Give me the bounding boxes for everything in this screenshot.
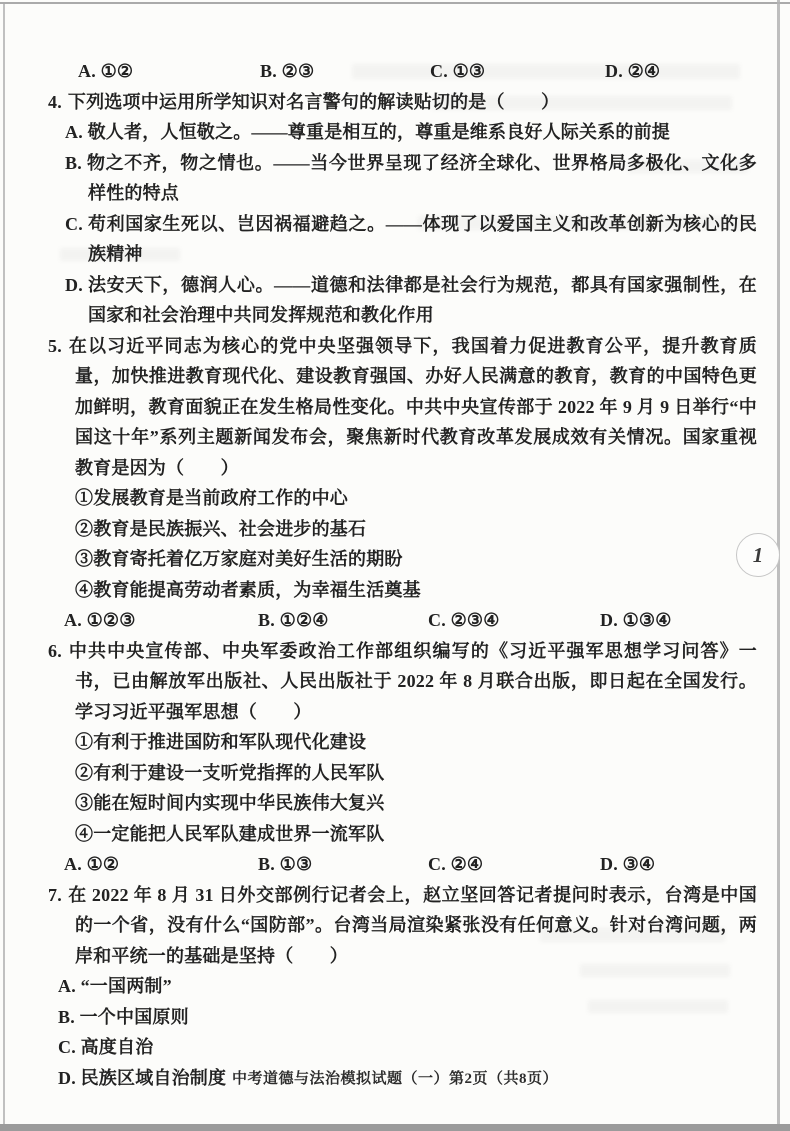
answer-row-previous-question: A. ①② B. ②③ C. ①③ D. ②④	[48, 56, 757, 87]
question-5-choices: A. ①②③ B. ①②④ C. ②③④ D. ①③④	[48, 605, 757, 636]
question-7-option-c: C. 高度自治	[48, 1032, 757, 1063]
choice-c: C. ②③④	[428, 605, 600, 636]
question-6-item-2: ②有利于建设一支听党指挥的人民军队	[48, 758, 757, 789]
question-6-item-3: ③能在短时间内实现中华民族伟大复兴	[48, 788, 757, 819]
question-number: 7.	[48, 885, 62, 905]
page-footer: 中考道德与法治模拟试题（一）第2页（共8页）	[0, 1068, 790, 1090]
question-5: 5.在以习近平同志为核心的党中央坚强领导下，我国着力促进教育公平，提升教育质量，…	[48, 331, 757, 636]
page-number-stamp-text: 1	[753, 543, 764, 568]
choice-b: B. ①③	[258, 849, 428, 880]
question-4-stem: 4.下列选项中运用所学知识对名言警句的解读贴切的是（ ）	[48, 87, 757, 118]
scan-edge-left	[3, 3, 5, 1124]
choice-d: D. ①③④	[600, 605, 757, 636]
question-stem-text: 中共中央宣传部、中央军委政治工作部组织编写的《习近平强军思想学习问答》一书，已由…	[68, 641, 757, 722]
question-7: 7.在 2022 年 8 月 31 日外交部例行记者会上，赵立坚回答记者提问时表…	[48, 880, 757, 1094]
question-5-item-2: ②教育是民族振兴、社会进步的基石	[48, 514, 757, 545]
choice-a: A. ①②	[78, 56, 260, 87]
question-6-choices: A. ①② B. ①③ C. ②④ D. ③④	[48, 849, 757, 880]
question-7-stem: 7.在 2022 年 8 月 31 日外交部例行记者会上，赵立坚回答记者提问时表…	[48, 880, 757, 972]
choice-c: C. ①③	[430, 56, 605, 87]
choice-c: C. ②④	[428, 849, 600, 880]
question-7-option-b: B. 一个中国原则	[48, 1002, 757, 1033]
question-4-option-d: D. 法安天下，德润人心。——道德和法律都是社会行为规范，都具有国家强制性，在国…	[48, 270, 757, 331]
question-number: 4.	[48, 92, 62, 112]
question-6-stem: 6.中共中央宣传部、中央军委政治工作部组织编写的《习近平强军思想学习问答》一书，…	[48, 636, 757, 728]
question-7-option-a: A. “一国两制”	[48, 971, 757, 1002]
page-number-stamp: 1	[736, 533, 780, 577]
question-4-option-a: A. 敬人者，人恒敬之。——尊重是相互的，尊重是维系良好人际关系的前提	[48, 117, 757, 148]
question-5-item-1: ①发展教育是当前政府工作的中心	[48, 483, 757, 514]
question-4-option-b: B. 物之不齐，物之情也。——当今世界呈现了经济全球化、世界格局多极化、文化多样…	[48, 148, 757, 209]
question-number: 6.	[48, 641, 62, 661]
question-5-stem: 5.在以习近平同志为核心的党中央坚强领导下，我国着力促进教育公平，提升教育质量，…	[48, 331, 757, 484]
scanned-exam-page: A. ①② B. ②③ C. ①③ D. ②④ 4.下列选项中运用所学知识对名言…	[0, 0, 790, 1131]
question-6-item-4: ④一定能把人民军队建成世界一流军队	[48, 819, 757, 850]
choice-b: B. ②③	[260, 56, 430, 87]
question-6: 6.中共中央宣传部、中央军委政治工作部组织编写的《习近平强军思想学习问答》一书，…	[48, 636, 757, 880]
question-5-item-3: ③教育寄托着亿万家庭对美好生活的期盼	[48, 544, 757, 575]
choice-a: A. ①②	[64, 849, 258, 880]
scan-edge-top	[0, 2, 790, 4]
choice-d: D. ②④	[605, 56, 757, 87]
choice-d: D. ③④	[600, 849, 757, 880]
question-6-item-1: ①有利于推进国防和军队现代化建设	[48, 727, 757, 758]
choice-a: A. ①②③	[64, 605, 258, 636]
question-number: 5.	[48, 336, 62, 356]
scan-edge-bottom	[0, 1124, 790, 1131]
exam-body: A. ①② B. ②③ C. ①③ D. ②④ 4.下列选项中运用所学知识对名言…	[48, 56, 757, 1093]
question-stem-text: 下列选项中运用所学知识对名言警句的解读贴切的是（ ）	[68, 92, 559, 112]
choice-b: B. ①②④	[258, 605, 428, 636]
question-5-item-4: ④教育能提高劳动者素质，为幸福生活奠基	[48, 575, 757, 606]
question-4: 4.下列选项中运用所学知识对名言警句的解读贴切的是（ ） A. 敬人者，人恒敬之…	[48, 87, 757, 331]
question-stem-text: 在以习近平同志为核心的党中央坚强领导下，我国着力促进教育公平，提升教育质量，加快…	[68, 336, 757, 478]
question-4-option-c: C. 苟利国家生死以、岂因祸福避趋之。——体现了以爱国主义和改革创新为核心的民族…	[48, 209, 757, 270]
question-stem-text: 在 2022 年 8 月 31 日外交部例行记者会上，赵立坚回答记者提问时表示，…	[68, 885, 757, 966]
